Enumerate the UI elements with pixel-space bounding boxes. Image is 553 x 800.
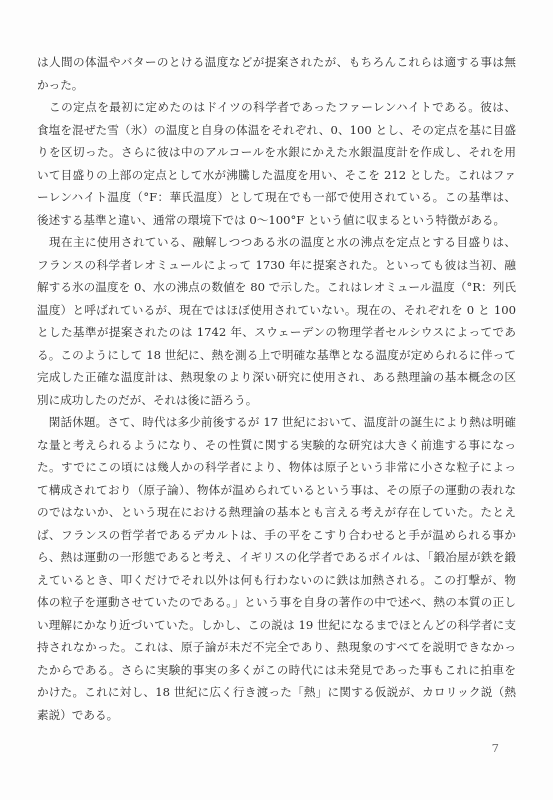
text-line: 解する氷の温度を 0、水の沸点の数値を 80 で示した。これはレオミュール温度（…: [37, 276, 516, 299]
text-line: のではないか、という現在における熱理論の基本とも言える考えが存在していた。たとえ: [37, 501, 516, 524]
text-line: かった。: [37, 74, 516, 97]
text-line: 閑話休題。さて、時代は多少前後するが 17 世紀において、温度計の誕生により熱は…: [37, 411, 516, 434]
text-block: は人間の体温やバターのとける温度などが提案されたが、もちろんこれらは適する事は無…: [37, 51, 516, 726]
text-line: とした基準が提案されたのは 1742 年、スウェーデンの物理学者セルシウスによっ…: [37, 321, 516, 344]
text-line: たからである。さらに実験的事実の多くがこの時代には未発見であった事もこれに拍車を: [37, 659, 516, 682]
text-line: 別に成功したのだが、それは後に語ろう。: [37, 389, 516, 412]
text-line: りを区切った。さらに彼は中のアルコールを水銀にかえた水銀温度計を作成し、それを用: [37, 141, 516, 164]
page-number: 7: [37, 740, 499, 756]
text-line: い理解にかなり近づいていた。しかし、この説は 19 世紀になるまでほとんどの科学…: [37, 614, 516, 637]
text-line: ら、熱は運動の一形態であると考え、イギリスの化学者であるボイルは、「鍛冶屋が鉄を…: [37, 546, 516, 569]
text-line: ば、フランスの哲学者であるデカルトは、手の平をこすり合わせると手が温められる事か: [37, 524, 516, 547]
text-line: この定点を最初に定めたのはドイツの科学者であったファーレンハイトである。彼は、: [37, 96, 516, 119]
text-line: かけた。これに対し、18 世紀に広く行き渡った「熱」に関する仮説が、カロリック説…: [37, 681, 516, 704]
text-line: た。すでにこの頃には幾人かの科学者により、物体は原子という非常に小さな粒子によっ: [37, 456, 516, 479]
text-line: ーレンハイト温度（°F：華氏温度）として現在でも一部で使用されている。この基準は…: [37, 186, 516, 209]
document-page: は人間の体温やバターのとける温度などが提案されたが、もちろんこれらは適する事は無…: [0, 0, 553, 800]
text-line: 完成した正確な温度計は、熱現象のより深い研究に使用され、ある熱理論の基本概念の区: [37, 366, 516, 389]
text-line: 素説）である。: [37, 704, 516, 727]
text-line: えているとき、叩くだけでそれ以外は何も行わないのに鉄は加熱される。この打撃が、物: [37, 569, 516, 592]
text-line: 現在主に使用されている、融解しつつある氷の温度と水の沸点を定点とする目盛りは、: [37, 231, 516, 254]
text-line: 体の粒子を運動させていたのである。」という事を自身の著作の中で述べ、熱の本質の正…: [37, 591, 516, 614]
text-line: は人間の体温やバターのとける温度などが提案されたが、もちろんこれらは適する事は無: [37, 51, 516, 74]
text-line: 持されなかった。これは、原子論が未だ不完全であり、熱現象のすべてを説明できなかっ: [37, 636, 516, 659]
text-line: フランスの科学者レオミュールによって 1730 年に提案された。といっても彼は当…: [37, 254, 516, 277]
text-line: な量と考えられるようになり、その性質に関する実験的な研究は大きく前進する事になっ: [37, 434, 516, 457]
text-line: 温度）と呼ばれているが、現在ではほぼ使用されていない。現在の、それぞれを 0 と…: [37, 299, 516, 322]
text-line: いて目盛りの上部の定点として水が沸騰した温度を用い、そこを 212 とした。これ…: [37, 164, 516, 187]
text-line: る。このようにして 18 世紀に、熱を測る上で明確な基準となる温度が定められるに…: [37, 344, 516, 367]
text-line: 後述する基準と違い、通常の環境下では 0～100°F という値に収まるという特徴…: [37, 209, 516, 232]
text-line: 食塩を混ぜた雪（氷）の温度と自身の体温をそれぞれ、0、100 とし、その定点を基…: [37, 119, 516, 142]
text-line: て構成されており（原子論）、物体が温められているという事は、その原子の運動の表れ…: [37, 479, 516, 502]
